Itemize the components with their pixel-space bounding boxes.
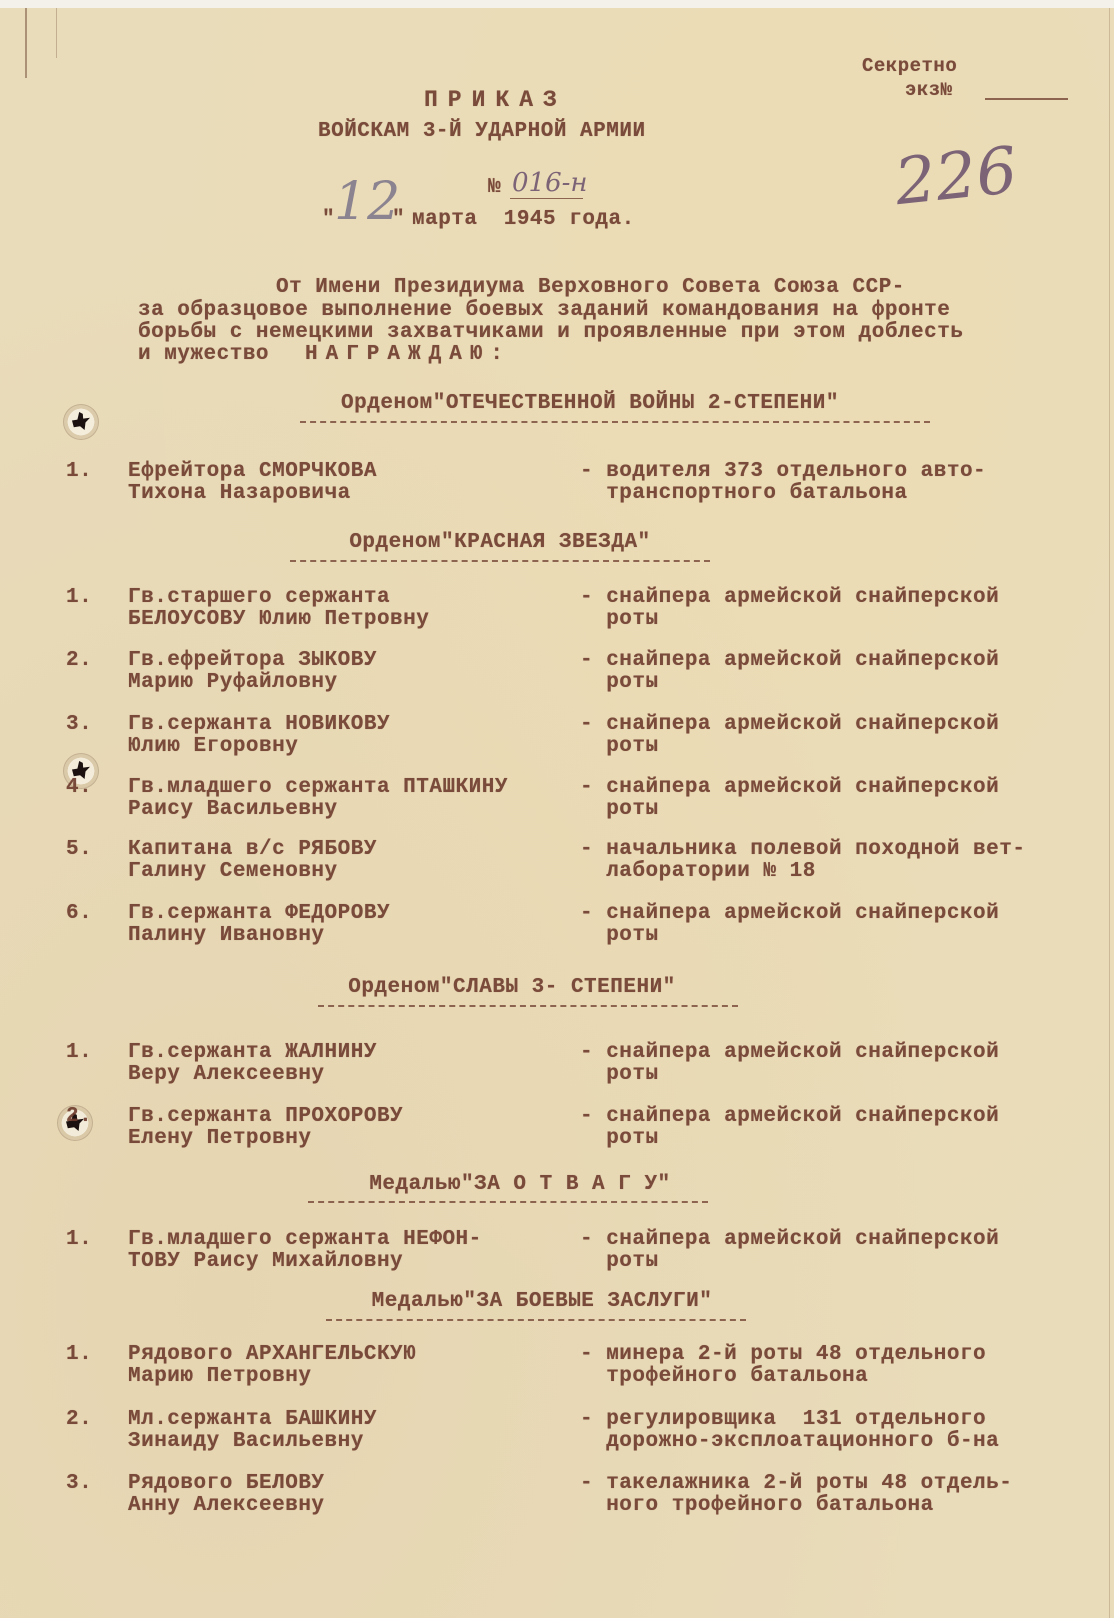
- paper-crease: [25, 8, 27, 78]
- recipient-rank-name: Гв.сержанта ЖАЛНИНУ: [128, 1041, 377, 1065]
- document-page: Секретно экз№ ПРИКАЗ ВОЙСКАМ 3-Й УДАРНОЙ…: [0, 8, 1114, 1618]
- recipient-rank-name: Гв.старшего сержанта: [128, 586, 390, 610]
- section-title: Медалью"ЗА БОЕВЫЕ ЗАСЛУГИ": [222, 1290, 862, 1314]
- recipient-name: Галину Семеновну: [128, 860, 338, 884]
- preamble-line: борьбы с немецкими захватчиками и проявл…: [138, 321, 963, 345]
- recipient-name: Зинаиду Васильевну: [128, 1430, 364, 1454]
- paper-fold: [1109, 8, 1110, 1618]
- entry-number: 6.: [66, 902, 92, 926]
- recipient-role: - снайпера армейской снайперской: [580, 586, 999, 610]
- recipient-role: - такелажника 2-й роты 48 отдель-: [580, 1472, 1012, 1496]
- recipient-role: - снайпера армейской снайперской: [580, 1105, 999, 1129]
- recipient-role: лаборатории № 18: [580, 860, 816, 884]
- page-number-handwritten: 226: [891, 134, 1020, 220]
- recipient-name: Юлию Егоровну: [128, 735, 298, 759]
- recipient-role: - снайпера армейской снайперской: [580, 776, 999, 800]
- recipient-rank-name: Гв.сержанта ФЕДОРОВУ: [128, 902, 390, 926]
- recipient-role: роты: [580, 1127, 659, 1151]
- recipient-role: - регулировщика 131 отдельного: [580, 1408, 986, 1432]
- recipient-name: БЕЛОУСОВУ Юлию Петровну: [128, 608, 429, 632]
- punch-hole: [63, 404, 99, 440]
- recipient-rank-name: Ефрейтора СМОРЧКОВА: [128, 460, 377, 484]
- section-title: Орденом"ОТЕЧЕСТВЕННОЙ ВОЙНЫ 2-СТЕПЕНИ": [270, 392, 910, 416]
- recipient-rank-name: Капитана в/с РЯБОВУ: [128, 838, 377, 862]
- section-title: Медалью"ЗА О Т В А Г У": [200, 1173, 840, 1197]
- recipient-role: - снайпера армейской снайперской: [580, 713, 999, 737]
- order-number-underline: [510, 198, 583, 199]
- document-title: ПРИКАЗ: [424, 88, 567, 112]
- section-underline: [318, 1005, 738, 1007]
- recipient-rank-name: Гв.младшего сержанта НЕФОН-: [128, 1228, 482, 1252]
- entry-number: 3.: [66, 1472, 92, 1496]
- recipient-rank-name: Рядового БЕЛОВУ: [128, 1472, 325, 1496]
- recipient-role: роты: [580, 1063, 659, 1087]
- entry-number: 1.: [66, 586, 92, 610]
- preamble-emphasis: НАГРАЖДАЮ:: [305, 343, 511, 367]
- entry-number: 2.: [66, 649, 92, 673]
- section-underline: [300, 421, 930, 423]
- recipient-name: Тихона Назаровича: [128, 482, 351, 506]
- recipient-role: ного трофейного батальона: [580, 1494, 934, 1518]
- preamble-line: От Имени Президиума Верховного Совета Со…: [276, 276, 905, 300]
- recipient-name: Анну Алексеевну: [128, 1494, 325, 1518]
- order-number-prefix: №: [488, 176, 501, 200]
- entry-number: 1.: [66, 1228, 92, 1252]
- recipient-role: роты: [580, 924, 659, 948]
- recipient-name: Елену Петровну: [128, 1127, 311, 1151]
- order-number-handwritten: 016-н: [512, 168, 588, 198]
- recipient-rank-name: Рядового АРХАНГЕЛЬСКУЮ: [128, 1343, 416, 1367]
- date-close-quote: ": [392, 208, 405, 232]
- paper-crease: [56, 8, 57, 58]
- recipient-name: Раису Васильевну: [128, 798, 338, 822]
- section-underline: [326, 1319, 746, 1321]
- recipient-role: - снайпера армейской снайперской: [580, 1228, 999, 1252]
- copy-number-blank: [985, 98, 1068, 100]
- recipient-role: роты: [580, 608, 659, 632]
- entry-number: 5.: [66, 838, 92, 862]
- section-underline: [308, 1201, 708, 1203]
- recipient-role: транспортного батальона: [580, 482, 908, 506]
- recipient-role: - снайпера армейской снайперской: [580, 902, 999, 926]
- entry-number: 2.: [66, 1105, 92, 1129]
- copy-number-label: экз№: [905, 78, 953, 102]
- recipient-name: ТОВУ Раису Михайловну: [128, 1250, 403, 1274]
- preamble-line: и мужество: [138, 343, 269, 367]
- recipient-role: - водителя 373 отдельного авто-: [580, 460, 986, 484]
- entry-number: 2.: [66, 1408, 92, 1432]
- document-subtitle: ВОЙСКАМ 3-Й УДАРНОЙ АРМИИ: [318, 120, 646, 144]
- date-day-handwritten: 12: [334, 172, 400, 232]
- recipient-name: Марию Петровну: [128, 1365, 311, 1389]
- recipient-role: - снайпера армейской снайперской: [580, 1041, 999, 1065]
- recipient-rank-name: Гв.сержанта НОВИКОВУ: [128, 713, 390, 737]
- recipient-rank-name: Гв.сержанта ПРОХОРОВУ: [128, 1105, 403, 1129]
- recipient-role: дорожно-эксплоатационного б-на: [580, 1430, 999, 1454]
- entry-number: 1.: [66, 460, 92, 484]
- recipient-name: Марию Руфайловну: [128, 671, 338, 695]
- section-underline: [290, 560, 710, 562]
- recipient-role: - снайпера армейской снайперской: [580, 649, 999, 673]
- recipient-name: Веру Алексеевну: [128, 1063, 325, 1087]
- date-text: марта 1945 года.: [412, 208, 635, 232]
- recipient-role: роты: [580, 798, 659, 822]
- recipient-rank-name: Гв.ефрейтора ЗЫКОВУ: [128, 649, 377, 673]
- preamble-line: за образцовое выполнение боевых заданий …: [138, 299, 950, 323]
- recipient-role: роты: [580, 1250, 659, 1274]
- entry-number: 3.: [66, 713, 92, 737]
- entry-number: 1.: [66, 1343, 92, 1367]
- entry-number: 4.: [66, 776, 92, 800]
- recipient-role: - минера 2-й роты 48 отдельного: [580, 1343, 986, 1367]
- recipient-name: Палину Ивановну: [128, 924, 325, 948]
- recipient-rank-name: Мл.сержанта БАШКИНУ: [128, 1408, 377, 1432]
- recipient-role: роты: [580, 735, 659, 759]
- recipient-rank-name: Гв.младшего сержанта ПТАШКИНУ: [128, 776, 508, 800]
- recipient-role: роты: [580, 671, 659, 695]
- recipient-role: - начальника полевой походной вет-: [580, 838, 1025, 862]
- section-title: Орденом"СЛАВЫ 3- СТЕПЕНИ": [192, 976, 832, 1000]
- classification-label: Секретно: [862, 54, 957, 78]
- recipient-role: трофейного батальона: [580, 1365, 868, 1389]
- entry-number: 1.: [66, 1041, 92, 1065]
- section-title: Орденом"КРАСНАЯ ЗВЕЗДА": [180, 531, 820, 555]
